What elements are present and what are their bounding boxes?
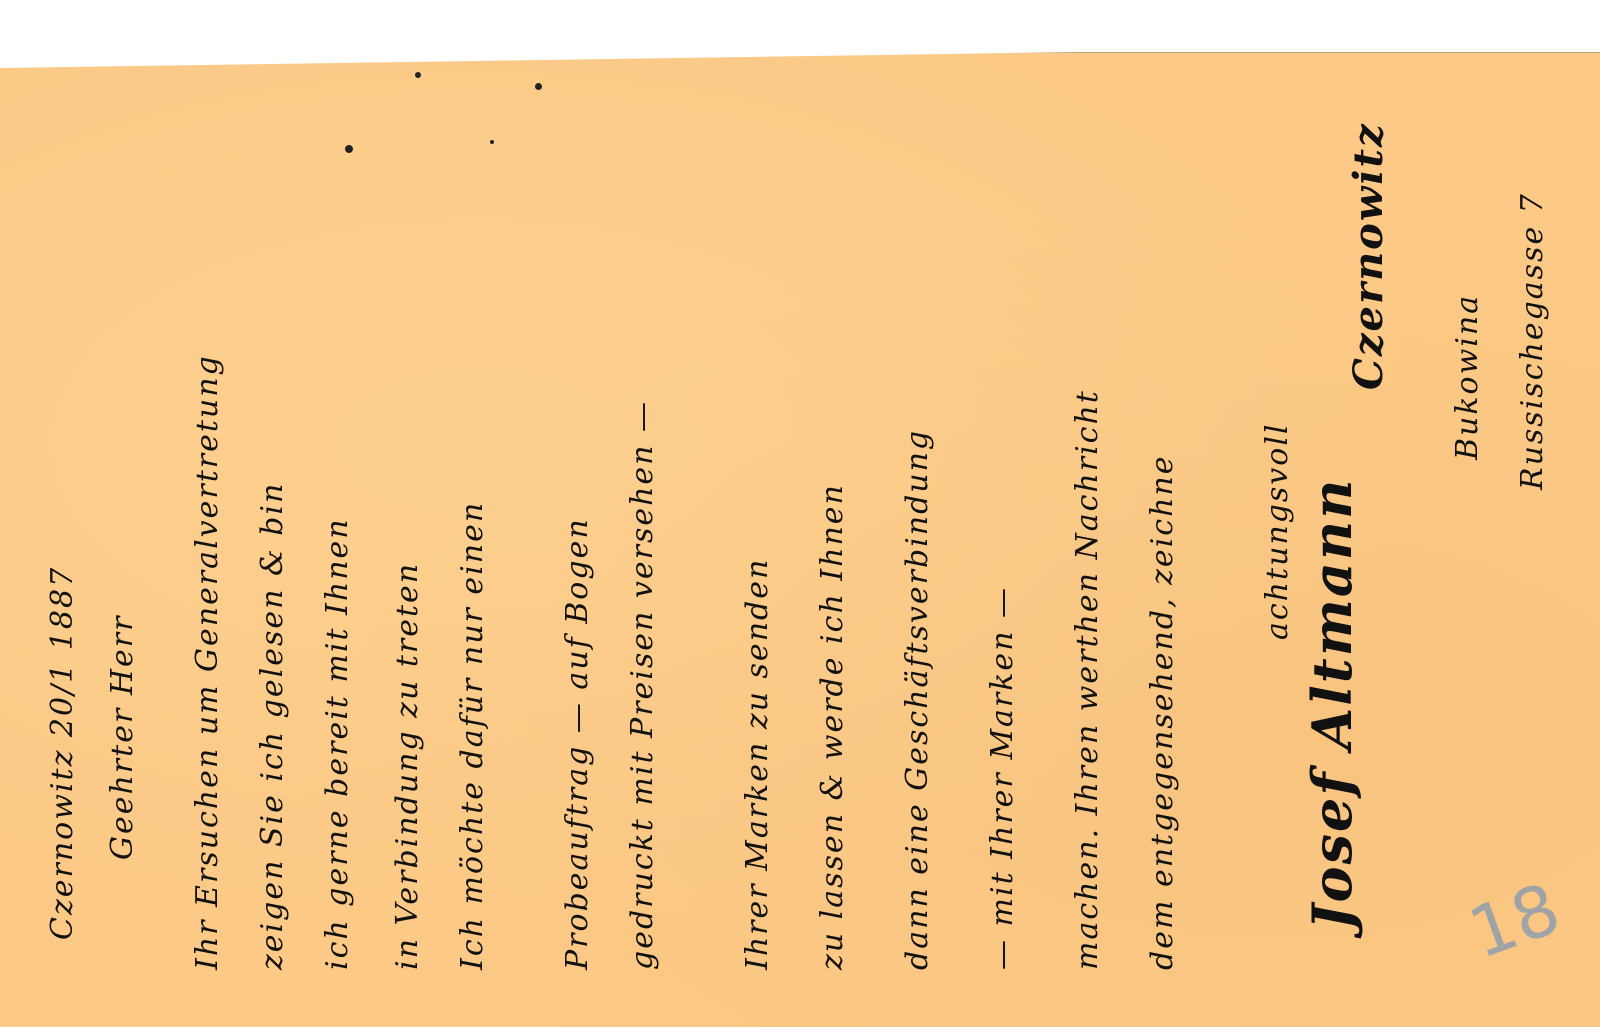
letter-line: achtungsvoll: [1260, 422, 1295, 640]
letter-line: dem entgegensehend, zeichne: [1145, 455, 1180, 970]
letter-line: zu lassen & werde ich Ihnen: [815, 483, 850, 970]
letter-line: — mit Ihrer Marken —: [985, 586, 1020, 970]
ink-speck: [415, 72, 421, 78]
address-street: Russischegasse 7: [1515, 192, 1550, 490]
signature: Josef Altmann: [1300, 478, 1364, 930]
ink-speck: [535, 83, 542, 90]
letter-line: zeigen Sie ich gelesen & bin: [255, 482, 290, 970]
letter-line: machen. Ihren werthen Nachricht: [1070, 389, 1105, 970]
letter-line: Ich möchte dafür nur einen: [455, 501, 490, 970]
letter-line: gedruckt mit Preisen versehen —: [625, 400, 660, 970]
ink-speck: [490, 140, 494, 144]
ink-speck: [345, 145, 353, 153]
letter-line: Ihr Ersuchen um Generalvertretung: [190, 354, 225, 970]
address-city: Czernowitz: [1345, 122, 1392, 390]
salutation: Geehrter Herr: [105, 615, 140, 860]
letter-line: dann eine Geschäftsverbindung: [900, 429, 935, 970]
place-date: Czernowitz 20/1 1887: [45, 566, 80, 940]
letter-line: Probeauftrag — auf Bogen: [560, 517, 595, 970]
letter-line: ich gerne bereit mit Ihnen: [320, 517, 355, 970]
letter-line: in Verbindung zu treten: [390, 562, 425, 970]
address-region: Bukowina: [1450, 294, 1485, 460]
letter-line: Ihrer Marken zu senden: [740, 558, 775, 970]
